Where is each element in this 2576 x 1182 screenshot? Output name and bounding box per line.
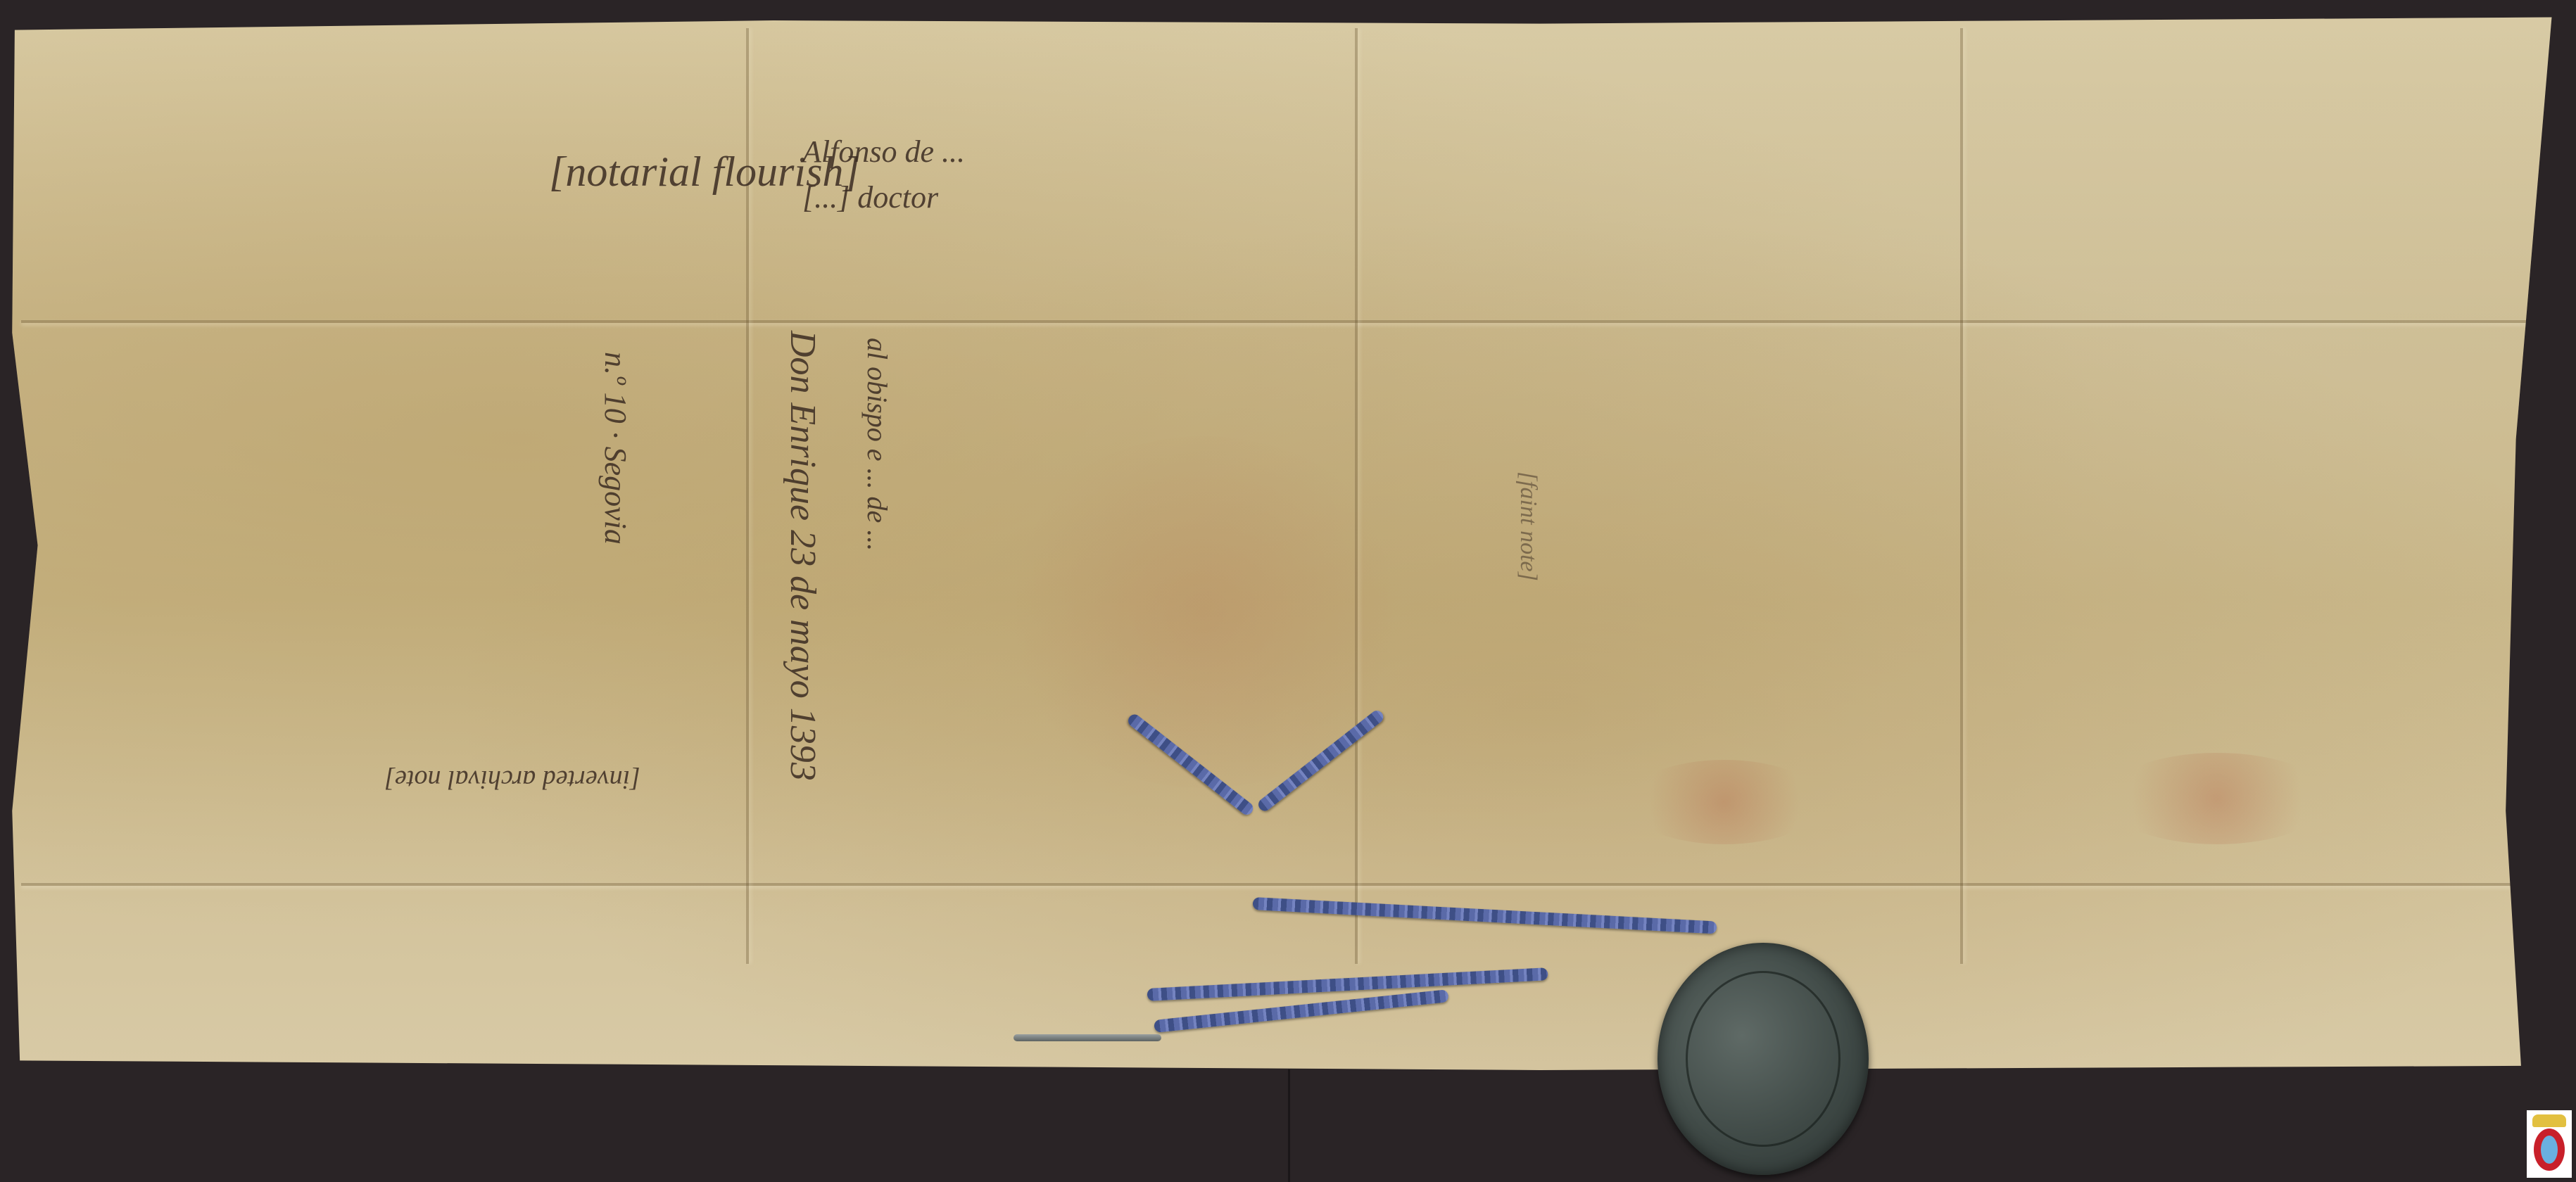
- crown-icon: [2532, 1114, 2566, 1127]
- shield-icon: [2534, 1129, 2565, 1171]
- endorsement-vertical: n.º 10 · Segovia: [598, 352, 633, 545]
- signature-line-1: Alfonso de ...: [802, 134, 965, 170]
- parchment-sheet: [notarial flourish] Alfonso de ... [...]…: [7, 14, 2562, 1076]
- tower-field: [2541, 1136, 2558, 1164]
- endorsement-vertical: Don Enrique 23 de mayo 1393: [782, 331, 823, 781]
- background-seam: [1288, 1069, 1290, 1182]
- fold-line-horizontal: [21, 883, 2541, 886]
- signature-line-2: [...] doctor: [802, 179, 938, 215]
- fold-line-vertical: [1960, 28, 1963, 964]
- endorsement-vertical: al obispo e ... de ...: [861, 338, 894, 551]
- coat-of-arms-icon: [2527, 1110, 2572, 1178]
- stain: [1626, 760, 1823, 844]
- photograph: [notarial flourish] Alfonso de ... [...]…: [0, 0, 2576, 1182]
- fold-line-horizontal: [21, 320, 2541, 323]
- metal-rod: [1014, 1034, 1161, 1041]
- seal-border: [1686, 971, 1841, 1147]
- stain: [2104, 753, 2330, 844]
- endorsement-inverted: [inverted archival note]: [384, 764, 640, 795]
- faint-note: [faint note]: [1515, 471, 1541, 581]
- pendant-seal: [1658, 943, 1869, 1175]
